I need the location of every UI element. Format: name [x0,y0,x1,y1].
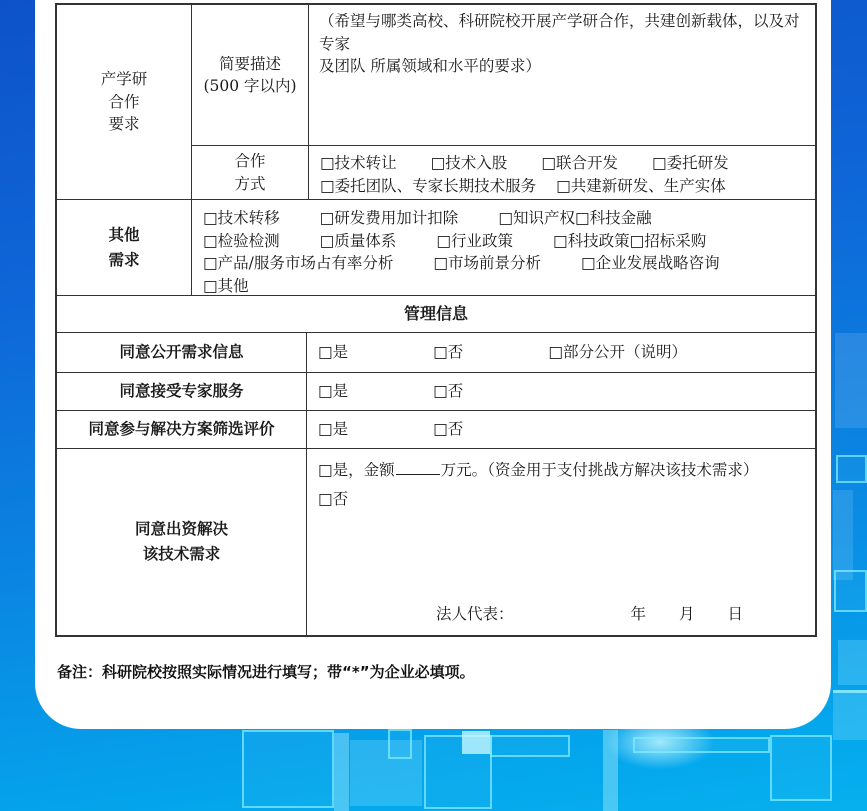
page-background: 产学研 合作 要求 简要描述 (500 字以内) （希望与哪类高校、科研院校开展… [0,0,867,811]
circuit-rect [490,735,570,757]
circuit-rect [836,455,867,483]
checkbox-market-share-analysis[interactable]: □产品/服务市场占有率分析 [203,252,393,275]
section-label-other-needs: 其他 需求 [57,200,192,295]
circuit-rect [833,690,867,740]
row-cooperation: 产学研 合作 要求 简要描述 (500 字以内) （希望与哪类高校、科研院校开展… [57,5,815,199]
checkbox-joint-development[interactable]: □联合开发 [541,152,618,175]
brief-note-line1: （希望与哪类高校、科研院校开展产学研合作，共建创新载体，以及对专家 [319,10,805,55]
checkbox-new-rd-entity[interactable]: □共建新研发、生产实体 [556,175,726,198]
circuit-rect [838,640,867,685]
brief-description-cell[interactable]: （希望与哪类高校、科研院校开展产学研合作，共建创新载体，以及对专家 及团队 所属… [309,5,815,145]
checkbox-entrusted-rd[interactable]: □委托研发 [652,152,729,175]
circuit-rect [242,730,334,808]
checkbox-industry-policy[interactable]: □行业政策 [436,230,513,253]
checkbox-tech-policy-procurement[interactable]: □科技政策□招标采购 [553,230,706,253]
method-label: 合作 方式 [192,146,309,199]
checkbox-expert-no[interactable]: □否 [433,380,463,403]
label-agree-public: 同意公开需求信息 [57,333,307,372]
funding-label-line1: 同意出资解决 [135,517,228,542]
circuit-rect [334,733,349,811]
management-header: 管理信息 [57,296,815,332]
circuit-rect [770,735,832,801]
checkbox-strategy-consulting[interactable]: □企业发展战略咨询 [581,252,720,275]
legal-representative-label: 法人代表： [436,603,514,625]
row-other-needs: 其他 需求 □技术转移 □研发费用加计扣除 □知识产权□科技金融 □检验检测 □… [57,199,815,295]
circuit-rect [462,731,490,754]
circuit-rect [603,730,618,811]
brief-label-line2: (500 字以内) [203,75,296,97]
checkbox-funding-yes[interactable]: □是，金额 [318,459,395,481]
row-management-header: 管理信息 [57,295,815,332]
funding-label-line2: 该技术需求 [143,542,221,567]
circuit-rect [835,333,867,428]
funding-yes-suffix: 万元。（资金用于支付挑战方解决该技术需求） [441,459,759,481]
brief-note-line2: 及团队 所属领域和水平的要求） [319,55,805,78]
checkbox-ip-and-fintech[interactable]: □知识产权□科技金融 [498,207,651,230]
other-needs-line1: 其他 [108,223,139,248]
agree-evaluation-options: □是 □否 [307,411,815,448]
brief-description-label: 简要描述 (500 字以内) [192,5,309,145]
label-agree-funding: 同意出资解决 该技术需求 [57,449,307,635]
form-footnote: 备注：科研院校按照实际情况进行填写；带“*”为企业必填项。 [57,661,475,682]
label-agree-evaluation: 同意参与解决方案筛选评价 [57,411,307,448]
checkbox-tech-transfer-out[interactable]: □技术转让 [320,152,397,175]
date-day-label: 日 [727,603,743,625]
checkbox-public-no[interactable]: □否 [433,341,463,364]
checkbox-team-longterm-service[interactable]: □委托团队、专家长期技术服务 [320,175,536,198]
row-agree-expert: 同意接受专家服务 □是 □否 [57,372,815,410]
row-agree-public: 同意公开需求信息 □是 □否 □部分公开（说明） [57,332,815,372]
circuit-rect [388,729,412,759]
circuit-rect [834,570,867,612]
label-line: 产学研 [101,68,148,90]
brief-label-line1: 简要描述 [219,53,281,75]
other-needs-line2: 需求 [108,248,139,273]
date-month-label: 月 [679,603,695,625]
checkbox-funding-no[interactable]: □否 [318,490,348,508]
checkbox-tech-transfer[interactable]: □技术转移 [203,207,280,230]
section-label-cooperation: 产学研 合作 要求 [57,5,192,199]
amount-blank-field[interactable] [396,459,440,475]
other-needs-options-cell: □技术转移 □研发费用加计扣除 □知识产权□科技金融 □检验检测 □质量体系 □… [192,200,815,295]
agree-expert-options: □是 □否 [307,373,815,410]
circuit-rect [633,737,770,753]
method-options-cell: □技术转让 □技术入股 □联合开发 □委托研发 □委托团队、专家长期技术服务 □… [309,146,815,199]
checkbox-quality-system[interactable]: □质量体系 [320,230,397,253]
checkbox-rd-super-deduction[interactable]: □研发费用加计扣除 [320,207,459,230]
row-agree-funding: 同意出资解决 该技术需求 □是，金额万元。（资金用于支付挑战方解决该技术需求） … [57,448,815,635]
method-label-line1: 合作 [234,150,265,172]
checkbox-expert-yes[interactable]: □是 [318,380,348,403]
checkbox-evaluation-yes[interactable]: □是 [318,418,348,441]
agree-public-options: □是 □否 □部分公开（说明） [307,333,815,372]
checkbox-inspection-testing[interactable]: □检验检测 [203,230,280,253]
circuit-rect [833,490,853,580]
checkbox-market-prospect-analysis[interactable]: □市场前景分析 [433,252,541,275]
checkbox-public-yes[interactable]: □是 [318,341,348,364]
label-agree-expert: 同意接受专家服务 [57,373,307,410]
row-agree-evaluation: 同意参与解决方案筛选评价 □是 □否 [57,410,815,448]
form-card: 产学研 合作 要求 简要描述 (500 字以内) （希望与哪类高校、科研院校开展… [35,0,831,729]
label-line: 要求 [108,113,139,135]
label-line: 合作 [108,91,139,113]
date-year-label: 年 [630,603,646,625]
funding-cell: □是，金额万元。（资金用于支付挑战方解决该技术需求） □否 法人代表： 年 月 … [307,449,815,635]
method-label-line2: 方式 [234,173,265,195]
form-table: 产学研 合作 要求 简要描述 (500 字以内) （希望与哪类高校、科研院校开展… [55,3,817,637]
checkbox-other[interactable]: □其他 [203,275,249,298]
checkbox-tech-equity[interactable]: □技术入股 [431,152,508,175]
signature-line: 法人代表： 年 月 日 [318,603,815,625]
checkbox-public-partial[interactable]: □部分公开（说明） [548,341,687,364]
checkbox-evaluation-no[interactable]: □否 [433,418,463,441]
